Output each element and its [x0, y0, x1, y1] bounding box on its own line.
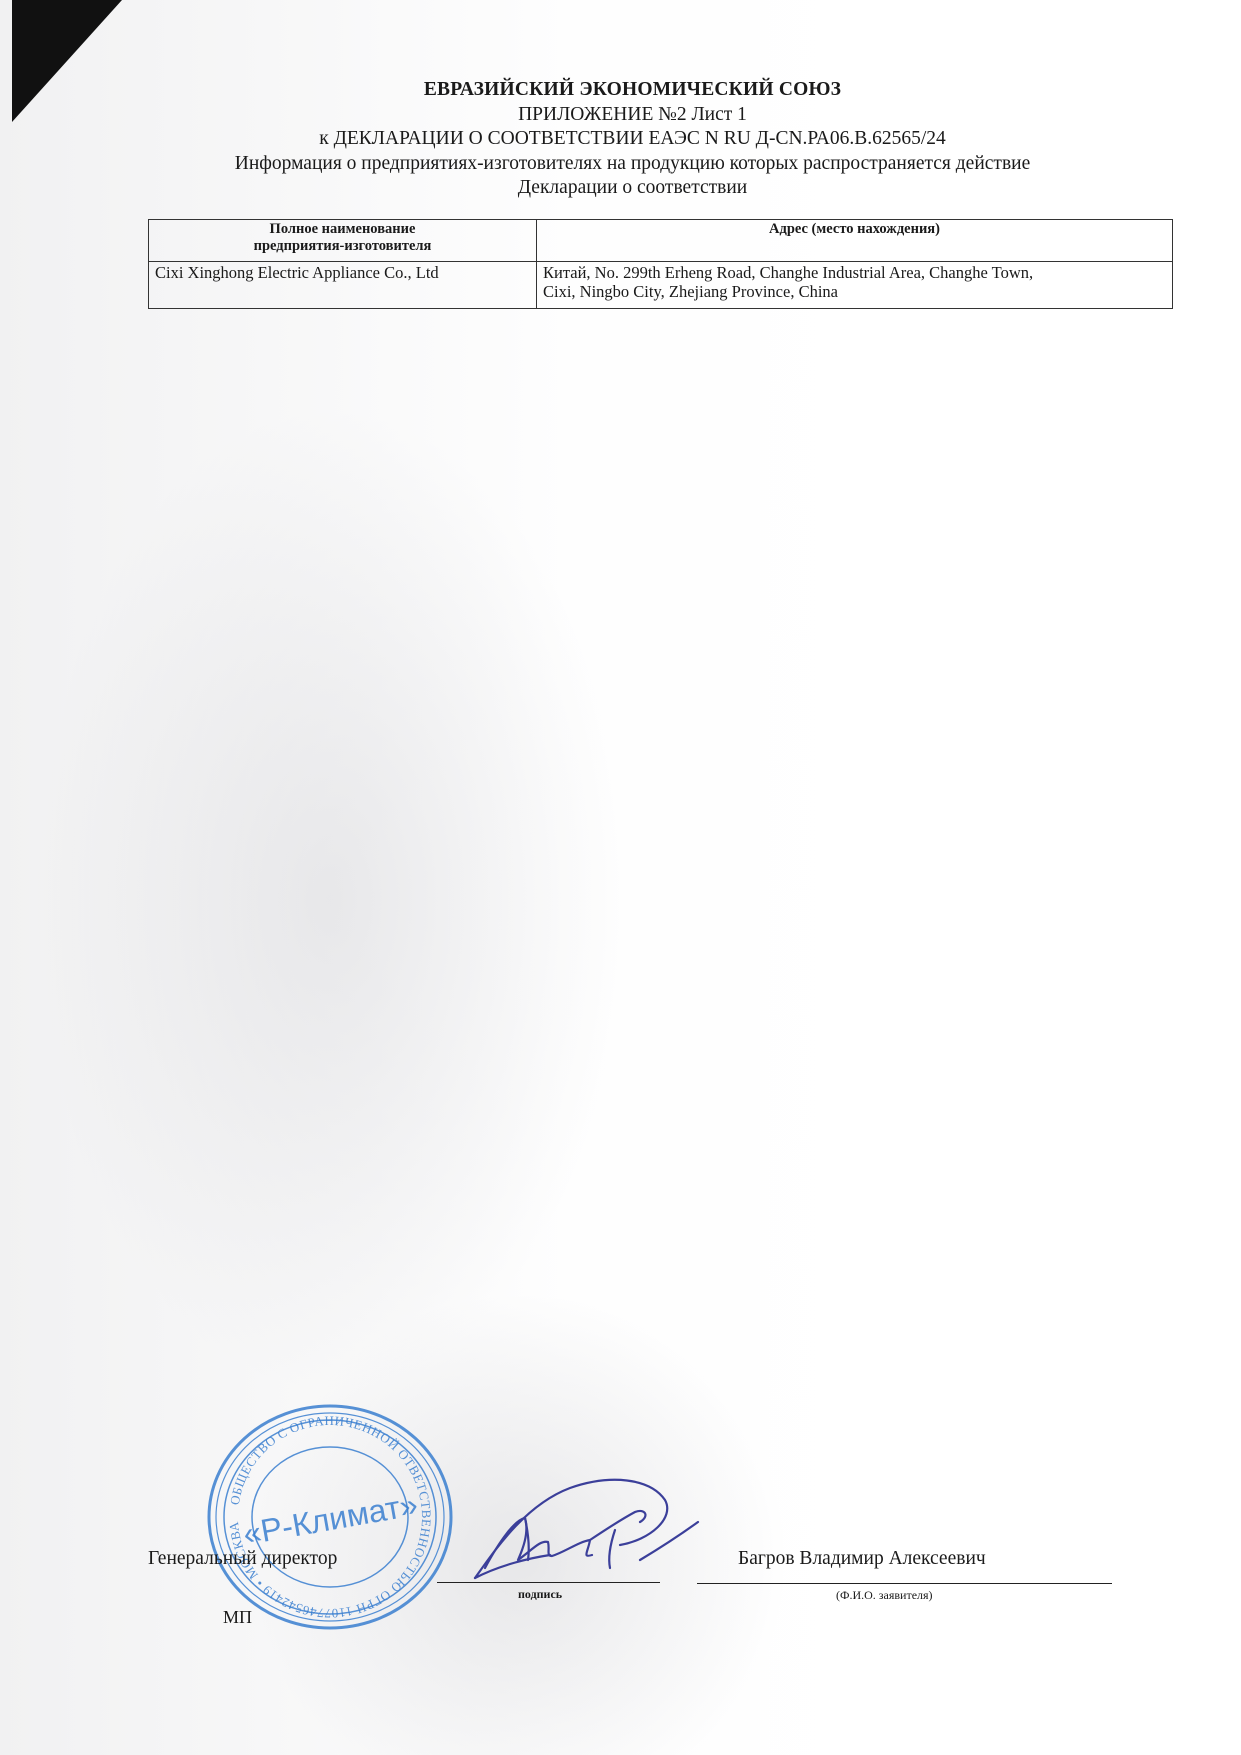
- column-header-name-line2: предприятия-изготовителя: [254, 238, 432, 254]
- column-header-address-line1: Адрес (место нахождения): [769, 221, 940, 237]
- seal-label: МП: [223, 1607, 252, 1628]
- address-line-2: Cixi, Ningbo City, Zhejiang Province, Ch…: [543, 282, 838, 301]
- column-header-name-line1: Полное наименование: [270, 221, 416, 237]
- table-row: Cixi Xinghong Electric Appliance Co., Lt…: [149, 262, 1173, 309]
- union-title: ЕВРАЗИЙСКИЙ ЭКОНОМИЧЕСКИЙ СОЮЗ: [24, 78, 1241, 103]
- address-line-1: Китай, No. 299th Erheng Road, Changhe In…: [543, 263, 1033, 282]
- info-line-1: Информация о предприятиях-изготовителях …: [24, 152, 1241, 177]
- stamp-center-text: «Р-Климат»: [240, 1486, 420, 1552]
- name-caption: (Ф.И.О. заявителя): [836, 1588, 933, 1603]
- signatory-name: Багров Владимир Алексеевич: [738, 1548, 986, 1570]
- appendix-label: ПРИЛОЖЕНИЕ №2 Лист 1: [24, 103, 1241, 128]
- signature-line: [437, 1582, 660, 1583]
- company-stamp: ОБЩЕСТВО С ОГРАНИЧЕННОЙ ОТВЕТСТВЕННОСТЬЮ…: [205, 1402, 455, 1632]
- name-line: [697, 1583, 1112, 1584]
- signatory-role: Генеральный директор: [148, 1548, 337, 1570]
- signature-caption: подпись: [518, 1587, 562, 1602]
- manufacturer-name: Cixi Xinghong Electric Appliance Co., Lt…: [149, 262, 537, 309]
- info-line-2: Декларации о соответствии: [24, 176, 1241, 201]
- column-header-address: Адрес (место нахождения): [537, 220, 1173, 262]
- manufacturers-table: Полное наименование предприятия-изготови…: [148, 219, 1173, 309]
- table-header-row: Полное наименование предприятия-изготови…: [149, 220, 1173, 262]
- declaration-reference: к ДЕКЛАРАЦИИ О СООТВЕТСТВИИ ЕАЭС N RU Д-…: [24, 127, 1241, 152]
- column-header-name: Полное наименование предприятия-изготови…: [149, 220, 537, 262]
- handwritten-signature: [470, 1460, 700, 1600]
- manufacturer-address: Китай, No. 299th Erheng Road, Changhe In…: [537, 262, 1173, 309]
- document-header: ЕВРАЗИЙСКИЙ ЭКОНОМИЧЕСКИЙ СОЮЗ ПРИЛОЖЕНИ…: [0, 78, 1241, 201]
